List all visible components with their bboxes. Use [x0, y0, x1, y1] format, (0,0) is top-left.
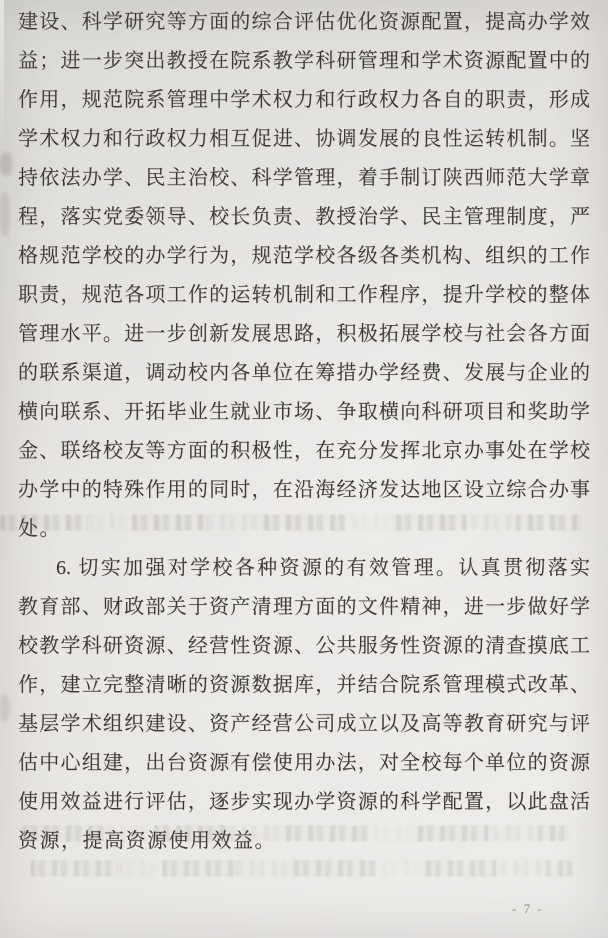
text-line: 的联系渠道，调动校内各单位在筹措办学经费、发展与企业的 [18, 354, 590, 393]
ink-bleed-through-row [30, 860, 573, 877]
text-line-paragraph-end: 处。 [18, 510, 590, 549]
text-line: 作，建立完整清晰的资源数据库，并结合院系管理模式改革、 [18, 666, 590, 705]
text-line: 金、联络校友等方面的积极性，在充分发挥北京办事处在学校 [18, 432, 590, 471]
document-body-text: 建设、科学研究等方面的综合评估优化资源配置，提高办学效 益；进一步突出教授在院系… [18, 3, 590, 861]
text-line: 程，落实党委领导、校长负责、教授治学、民主管理制度，严 [18, 198, 590, 237]
text-line: 学术权力和行政权力相互促进、协调发展的良性运转机制。坚 [18, 120, 590, 159]
text-line: 使用效益进行评估，逐步实现办学资源的科学配置，以此盘活 [18, 783, 590, 822]
margin-ink-smudge [0, 152, 12, 176]
scan-edge-highlight [0, 0, 4, 150]
text-line: 估中心组建，出台资源有偿使用办法，对全校每个单位的资源 [18, 744, 590, 783]
scanned-document-page: 建设、科学研究等方面的综合评估优化资源配置，提高办学效 益；进一步突出教授在院系… [0, 0, 608, 938]
text-line: 持依法办学、民主治校、科学管理，着手制订陕西师范大学章 [18, 159, 590, 198]
text-line: 作用，规范院系管理中学术权力和行政权力各自的职责，形成 [18, 81, 590, 120]
text-line: 益；进一步突出教授在院系教学科研管理和学术资源配置中的 [18, 42, 590, 81]
text-line: 基层学术组织建设、资产经营公司成立以及高等教育研究与评 [18, 705, 590, 744]
text-line: 办学中的特殊作用的同时，在沿海经济发达地区设立综合办事 [18, 471, 590, 510]
text-line: 管理水平。进一步创新发展思路，积极拓展学校与社会各方面 [18, 315, 590, 354]
margin-ink-smudge [0, 694, 10, 722]
margin-ink-smudge [0, 192, 10, 236]
text-line: 教育部、财政部关于资产清理方面的文件精神，进一步做好学 [18, 588, 590, 627]
text-line: 校教学科研资源、经营性资源、公共服务性资源的清查摸底工 [18, 627, 590, 666]
page-number: - 7 - [512, 901, 544, 917]
text-line: 建设、科学研究等方面的综合评估优化资源配置，提高办学效 [18, 3, 590, 42]
text-line-paragraph-start: 6. 切实加强对学校各种资源的有效管理。认真贯彻落实 [18, 549, 590, 588]
text-line: 横向联系、开拓毕业生就业市场、争取横向科研项目和奖助学 [18, 393, 590, 432]
text-line-paragraph-end: 资源，提高资源使用效益。 [18, 822, 590, 861]
text-line: 格规范学校的办学行为，规范学校各级各类机构、组织的工作 [18, 237, 590, 276]
text-line: 职责，规范各项工作的运转机制和工作程序，提升学校的整体 [18, 276, 590, 315]
